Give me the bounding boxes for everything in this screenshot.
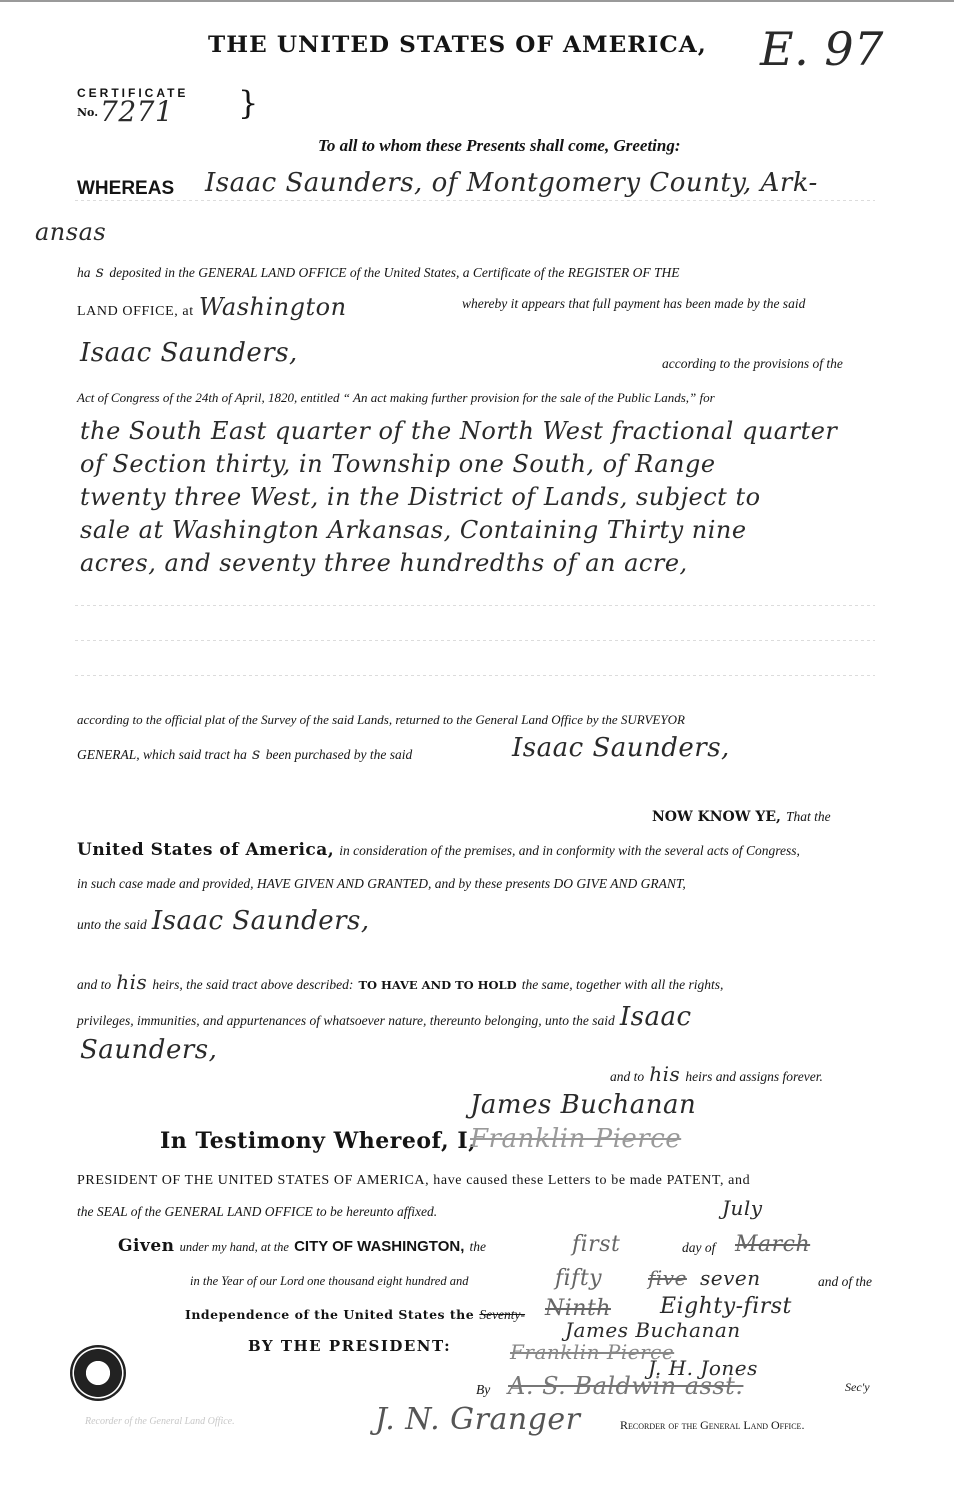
document-title: THE UNITED STATES OF AMERICA, [208,32,707,58]
grant-line1: United States of America, in considerati… [77,840,800,860]
secy-label: Sec'y [845,1380,870,1395]
testimony-line2: the SEAL of the GENERAL LAND OFFICE to b… [77,1204,437,1220]
deposit-line1: ha s deposited in the GENERAL LAND OFFIC… [77,262,679,281]
year-written: fifty [555,1266,602,1291]
independence-new: Eighty-first [660,1294,792,1319]
grant-line4: and to his heirs, the said tract above d… [77,970,723,994]
president-signature-2-new: James Buchanan [565,1318,741,1342]
bleed-through-text: Recorder of the General Land Office. [85,1416,235,1427]
grant-line5: privileges, immunities, and appurtenance… [77,1002,692,1032]
recorder-signature: J. N. Granger [375,1402,580,1437]
given-line: Given under my hand, at the CITY OF WASH… [118,1236,486,1256]
year-new: seven [700,1266,761,1290]
certificate-no-label: No. [77,106,98,119]
day-of: day of [682,1240,715,1256]
day-written: first [572,1232,620,1257]
president-signature-new: James Buchanan [470,1090,696,1120]
year-suffix: and of the [818,1274,872,1290]
grantee-name: Isaac Saunders, [152,906,370,936]
land-office-name: Washington [199,293,347,321]
year-struck: five [648,1266,687,1290]
deposit-line2: LAND OFFICE, at Washington [77,293,347,321]
survey-line2: GENERAL, which said tract ha s been purc… [77,744,412,763]
president-signature-struck: Franklin Pierce [470,1124,681,1154]
provisions-text: according to the provisions of the [662,356,843,372]
month-new: July [722,1196,763,1220]
general-land-office-seal-icon [70,1345,126,1401]
survey-line1: according to the official plat of the Su… [77,712,685,728]
scan-top-edge [0,0,954,2]
corner-note: E. 97 [760,22,884,76]
grant-line3: unto the said Isaac Saunders, [77,906,370,936]
testimony-heading: In Testimony Whereof, I, [160,1128,476,1154]
rule [75,675,875,676]
rule [75,605,875,606]
by-label: By [476,1382,490,1398]
grantee-line1: Isaac Saunders, of Montgomery County, Ar… [205,168,818,198]
now-know-ye: NOW KNOW YE, That the [652,806,831,825]
brace: } [238,84,258,122]
independence-line: Independence of the United States the Se… [185,1304,525,1323]
whereas-label: WHEREAS [77,178,174,200]
grantee-line2: ansas [35,218,106,246]
certificate-number: 7271 [100,95,173,128]
grant-line2: in such case made and provided, HAVE GIV… [77,876,686,892]
by-the-president: BY THE PRESIDENT: [248,1337,451,1355]
act-of-congress: Act of Congress of the 24th of April, 18… [77,390,715,406]
secretary-signature-struck: A. S. Baldwin asst. [508,1372,743,1400]
year-prefix: in the Year of our Lord one thousand eig… [190,1274,468,1289]
testimony-line1: PRESIDENT OF THE UNITED STATES OF AMERIC… [77,1172,750,1189]
grantee-name-2: Saunders, [80,1035,217,1065]
greeting: To all to whom these Presents shall come… [318,136,681,156]
payer-name: Isaac Saunders, [80,338,298,368]
month-struck: March [735,1232,810,1257]
heirs-forever: and to his heirs and assigns forever. [610,1062,823,1086]
rule [75,640,875,641]
recorder-label: Recorder of the General Land Office. [620,1418,804,1433]
purchaser-name: Isaac Saunders, [512,733,730,763]
tract-description: the South East quarter of the North West… [80,415,837,580]
deposit-line2-suffix: whereby it appears that full payment has… [462,296,805,312]
rule [75,200,875,201]
